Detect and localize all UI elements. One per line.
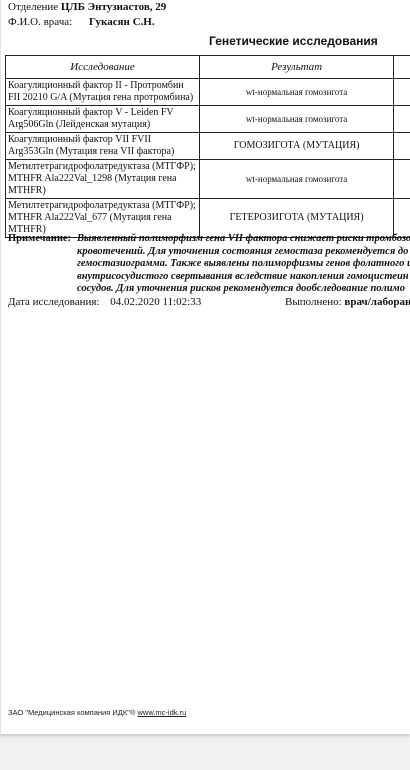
column-header-extra (394, 56, 410, 79)
table-row: Метилтетрагидрофолатредуктаза (МТГФР); M… (6, 199, 410, 238)
study-date-label: Дата исследования: (8, 296, 99, 308)
extra-cell (394, 79, 410, 106)
note-line: внутрисосудистого свертывания вследствие… (77, 271, 410, 284)
doctor-label: Ф.И.О. врача: (8, 16, 72, 28)
doctor-value: Гукасян С.Н. (89, 16, 155, 28)
column-header-test: Исследование (6, 56, 200, 79)
performed-label: Выполнено: (285, 296, 342, 308)
test-result: ГОМОЗИГОТА (МУТАЦИЯ) (200, 133, 394, 160)
study-date-value: 04.02.2020 11:02:33 (110, 296, 201, 308)
test-result: wt-нормальная гомозигота (200, 106, 394, 133)
note-line: сосудов. Для уточнения рисков рекомендуе… (77, 283, 410, 296)
study-date-row: Дата исследования: 04.02.2020 11:02:33 (8, 296, 201, 308)
test-name: Метилтетрагидрофолатредуктаза (МТГФР); M… (6, 160, 200, 199)
department-label: Отделение (8, 1, 58, 13)
results-table: Исследование Результат Коагуляционный фа… (5, 55, 410, 238)
note-line: кровотечений. Для уточнения состояния ге… (77, 246, 410, 259)
table-row: Коагуляционный фактор VII FVII Arg353Gln… (6, 133, 410, 160)
test-name: Коагуляционный фактор V - Leiden FV Arg5… (6, 106, 200, 133)
table-row: Метилтетрагидрофолатредуктаза (МТГФР); M… (6, 160, 410, 199)
performed-value: врач/лаборант (344, 296, 410, 308)
company-website-link[interactable]: www.mc-idk.ru (138, 708, 187, 717)
note-block: Примечание: Выявленный полиморфизм гена … (8, 233, 410, 296)
table-row: Коагуляционный фактор V - Leiden FV Arg5… (6, 106, 410, 133)
test-result: wt-нормальная гомозигота (200, 160, 394, 199)
extra-cell (394, 106, 410, 133)
note-line: Выявленный полиморфизм гена VII фактора … (77, 233, 410, 246)
test-result: wt-нормальная гомозигота (200, 79, 394, 106)
test-name: Метилтетрагидрофолатредуктаза (МТГФР); M… (6, 199, 200, 238)
extra-cell (394, 133, 410, 160)
company-footer: ЗАО "Медицинская компания ИДК"® www.mc-i… (8, 708, 186, 717)
table-header-row: Исследование Результат (6, 56, 410, 79)
performed-by-row: Выполнено: врач/лаборант (285, 296, 410, 308)
note-line: гемостазиограмма. Также выявлены полимор… (77, 258, 410, 271)
company-name: ЗАО "Медицинская компания ИДК"® (8, 708, 135, 717)
doctor-line: Ф.И.О. врача: Гукасян С.Н. (8, 16, 155, 28)
department-line: Отделение ЦЛБ Энтузиастов, 29 (8, 1, 166, 13)
extra-cell (394, 199, 410, 238)
document-title: Генетические исследования (209, 34, 378, 48)
column-header-result: Результат (200, 56, 394, 79)
test-name: Коагуляционный фактор VII FVII Arg353Gln… (6, 133, 200, 160)
table-row: Коагуляционный фактор II - Протромбин FI… (6, 79, 410, 106)
department-value: ЦЛБ Энтузиастов, 29 (61, 1, 166, 13)
note-label: Примечание: (8, 233, 71, 246)
test-result: ГЕТЕРОЗИГОТА (МУТАЦИЯ) (200, 199, 394, 238)
document-page: Отделение ЦЛБ Энтузиастов, 29 Ф.И.О. вра… (0, 0, 410, 734)
test-name: Коагуляционный фактор II - Протромбин FI… (6, 79, 200, 106)
extra-cell (394, 160, 410, 199)
